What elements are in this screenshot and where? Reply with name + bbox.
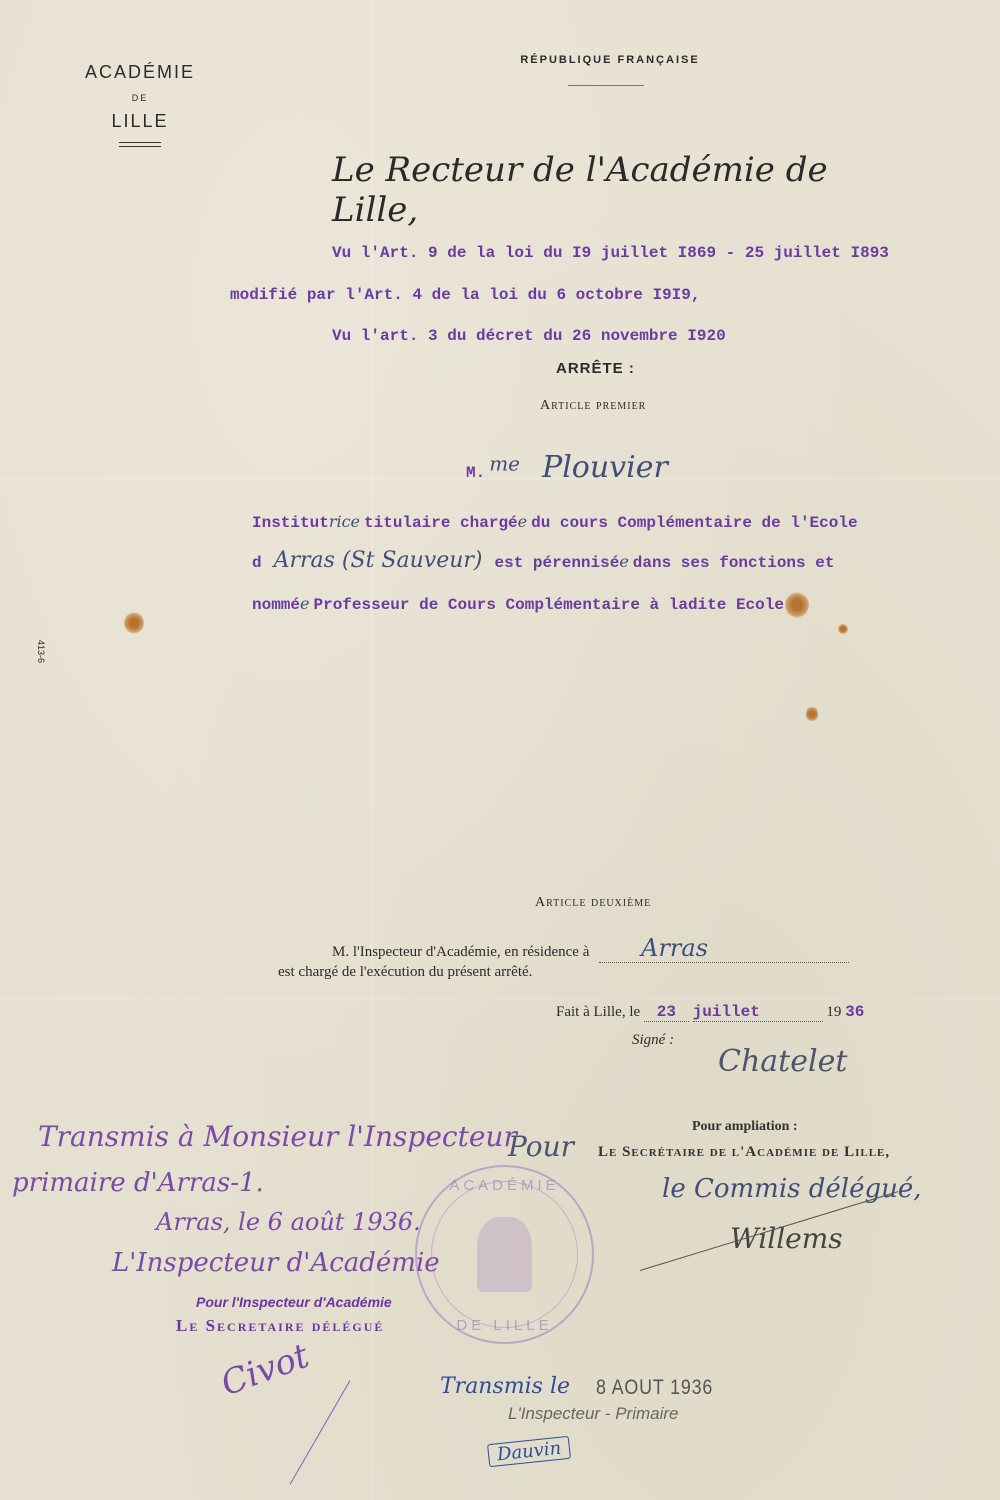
paper-stain	[838, 624, 848, 634]
commis-delegue: le Commis délégué,	[662, 1174, 922, 1204]
article2-line2: est chargé de l'exécution du présent arr…	[278, 964, 532, 981]
academie-line1: ACADÉMIE	[60, 62, 220, 83]
recipient-line: M. me Plouvier	[466, 450, 668, 485]
preamble-line1: Vu l'Art. 9 de la loi du I9 juillet I869…	[332, 244, 889, 262]
preamble-line3: Vu l'art. 3 du décret du 26 novembre I92…	[332, 327, 726, 345]
signe-label: Signé :	[632, 1032, 674, 1049]
article1-line2: d Arras (St Sauveur) est pérennisée dans…	[252, 548, 834, 573]
secretary-signature: Willems	[730, 1222, 843, 1255]
honorific: M.	[466, 464, 485, 482]
initials-box: Dauvin	[487, 1436, 571, 1467]
article1-line3: nommée Professeur de Cours Complémentair…	[252, 594, 784, 614]
academie-seal: ACADÉMIE DE LILLE	[415, 1165, 594, 1344]
school-location: Arras (St Sauveur)	[274, 548, 483, 573]
paper-stain	[785, 592, 809, 618]
academie-line2: DE	[60, 93, 220, 103]
article-deuxieme-heading: Article deuxième	[535, 895, 651, 911]
transmission-line2: primaire d'Arras-1.	[12, 1168, 264, 1198]
transmission-line3: Arras, le 6 août 1936.	[156, 1208, 421, 1236]
paper-stain	[806, 706, 818, 722]
date-day: 23	[657, 1003, 676, 1021]
article2-line1: M. l'Inspecteur d'Académie, en résidence…	[332, 934, 849, 963]
seal-text-bottom: DE LILLE	[417, 1317, 592, 1334]
transmission-line4: L'Inspecteur d'Académie	[112, 1248, 440, 1278]
inspecteur-stamp: L'Inspecteur - Primaire	[508, 1404, 678, 1424]
date-stamp: 8 AOUT 1936	[596, 1376, 713, 1400]
paper-stain	[124, 612, 144, 634]
preamble-line2: modifié par l'Art. 4 de la loi du 6 octo…	[230, 286, 700, 304]
article1-line1: Institutrice titulaire chargée du cours …	[252, 512, 858, 532]
seal-figure-icon	[477, 1217, 532, 1292]
seal-text-top: ACADÉMIE	[417, 1177, 592, 1194]
date-year: 36	[845, 1003, 864, 1021]
transmission-line1: Transmis à Monsieur l'Inspecteur	[38, 1120, 517, 1153]
rector-signature: Chatelet	[718, 1044, 847, 1079]
recteur-title: Le Recteur de l'Académie de Lille,	[332, 150, 912, 230]
residence-field: Arras	[599, 934, 849, 963]
transmission-pour: Pour	[508, 1130, 574, 1163]
honorific-hand: me	[489, 452, 520, 476]
double-rule	[119, 142, 161, 147]
signature-stroke	[290, 1380, 351, 1484]
republique-francaise: RÉPUBLIQUE FRANÇAISE	[460, 54, 760, 66]
recipient-name: Plouvier	[542, 450, 668, 485]
transmis-le-hand: Transmis le	[440, 1374, 570, 1399]
academie-line3: LILLE	[60, 111, 220, 132]
fait-a-lille: Fait à Lille, le 23 juillet 19 36	[556, 1003, 864, 1022]
ampliation-label: Pour ampliation :	[692, 1119, 798, 1135]
inspector-signature: Civot	[216, 1336, 314, 1404]
secretary-stamp-line1: Pour l'Inspecteur d'Académie	[196, 1294, 392, 1310]
arrete-heading: ARRÊTE :	[556, 360, 635, 377]
margin-reference: 413-6	[36, 640, 46, 663]
secretary-title: Le Secrétaire de l'Académie de Lille,	[598, 1144, 890, 1161]
academie-heading: ACADÉMIE DE LILLE	[60, 62, 220, 147]
secretary-stamp-line2: Le Secretaire délégué	[176, 1316, 384, 1336]
date-month: juillet	[693, 1003, 760, 1021]
article-premier-heading: Article premier	[540, 398, 646, 414]
ornament-rule	[568, 85, 644, 86]
